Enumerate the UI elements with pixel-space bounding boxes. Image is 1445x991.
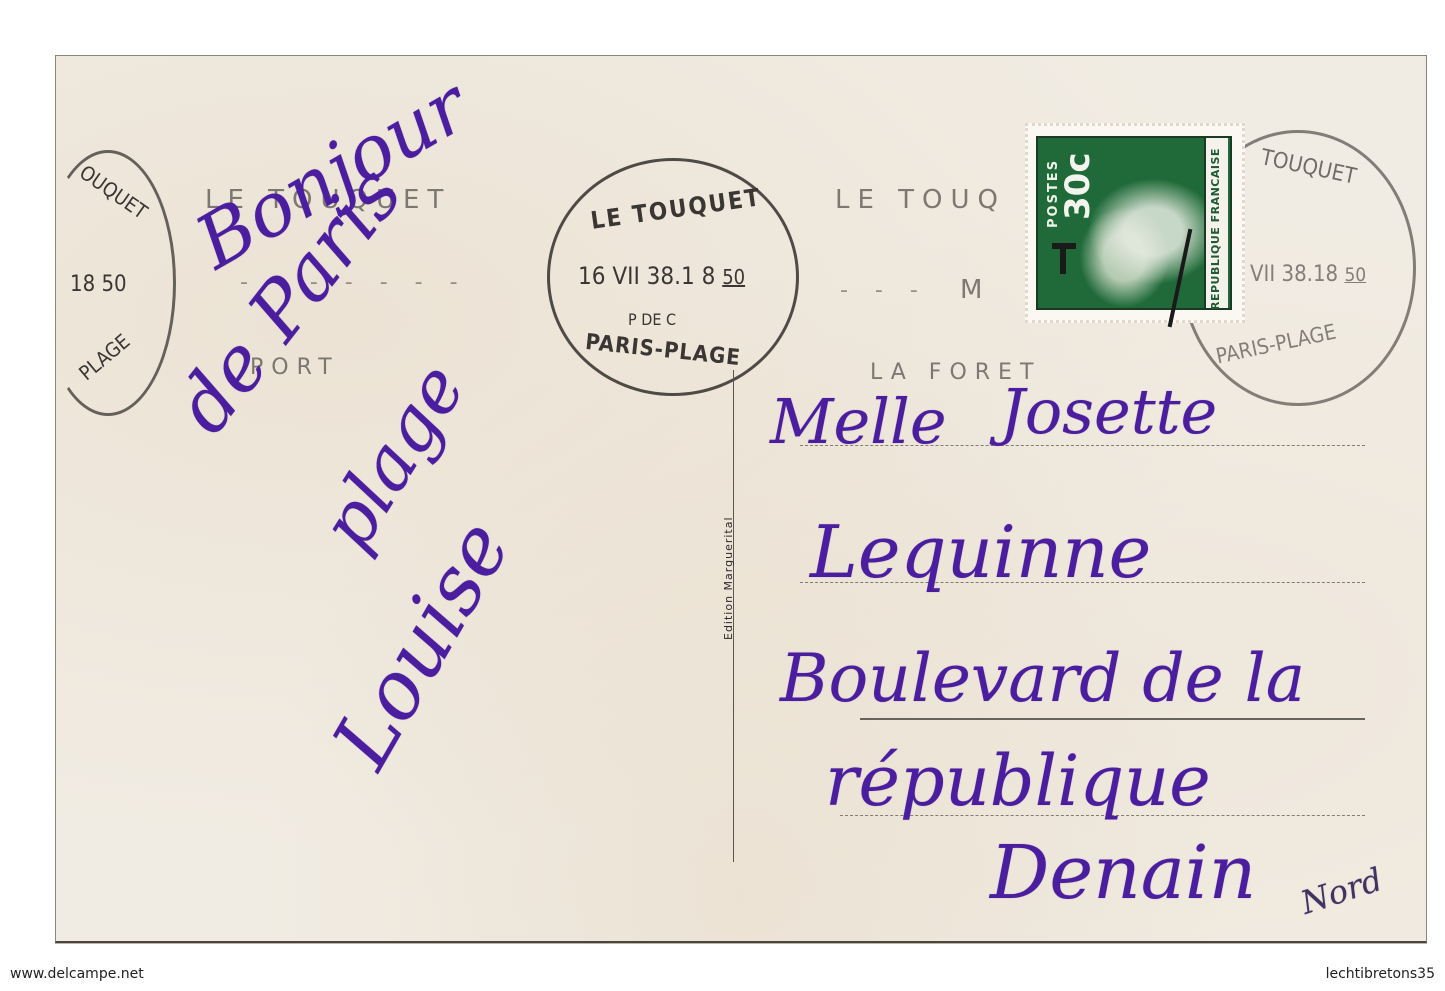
slogan-cancel-dashes: - - - [840,278,928,303]
footer-site-link[interactable]: www.delcampe.net [10,966,144,982]
address-title: Melle [770,385,947,458]
postmark-main-mid: P DE C [628,310,676,329]
footer-seller-name[interactable]: lechtibretons35 [1326,966,1435,982]
address-street-cont: république [825,740,1211,822]
cancel-mark [1060,246,1066,274]
postmark-time: 50 [1344,264,1366,286]
address-line [860,718,1365,720]
stamp-country-band: REPUBLIQUE FRANCAISE [1204,138,1228,308]
publisher-imprint: Edition Marguerital [722,516,735,640]
stamp-design: POSTES 30c REPUBLIQUE FRANCAISE [1036,136,1232,310]
address-first-name: Josette [1000,375,1217,448]
postmark-main-date: 16 VII 38.1 8 50 [578,262,745,290]
address-city: Denain [990,830,1256,916]
cancel-mark [1168,229,1193,328]
stamp-value: 30c [1058,153,1098,220]
slogan-cancel-text: M [960,275,990,305]
address-surname: Lequinne [810,510,1151,594]
postmark-time: 50 [722,265,745,289]
stamp-country: REPUBLIQUE FRANCAISE [1209,148,1222,310]
address-street: Boulevard de la [780,640,1305,717]
postmark-date: VII 38.18 [1250,262,1338,287]
postmark-right-date: VII 38.18 50 [1250,262,1366,287]
postmark-date: 16 VII 38.1 8 [578,262,715,290]
postmark-left-time: 18 50 [70,272,127,297]
postage-stamp: POSTES 30c REPUBLIQUE FRANCAISE [1025,123,1245,323]
slogan-cancel-text: LE TOUQ [835,185,1006,215]
